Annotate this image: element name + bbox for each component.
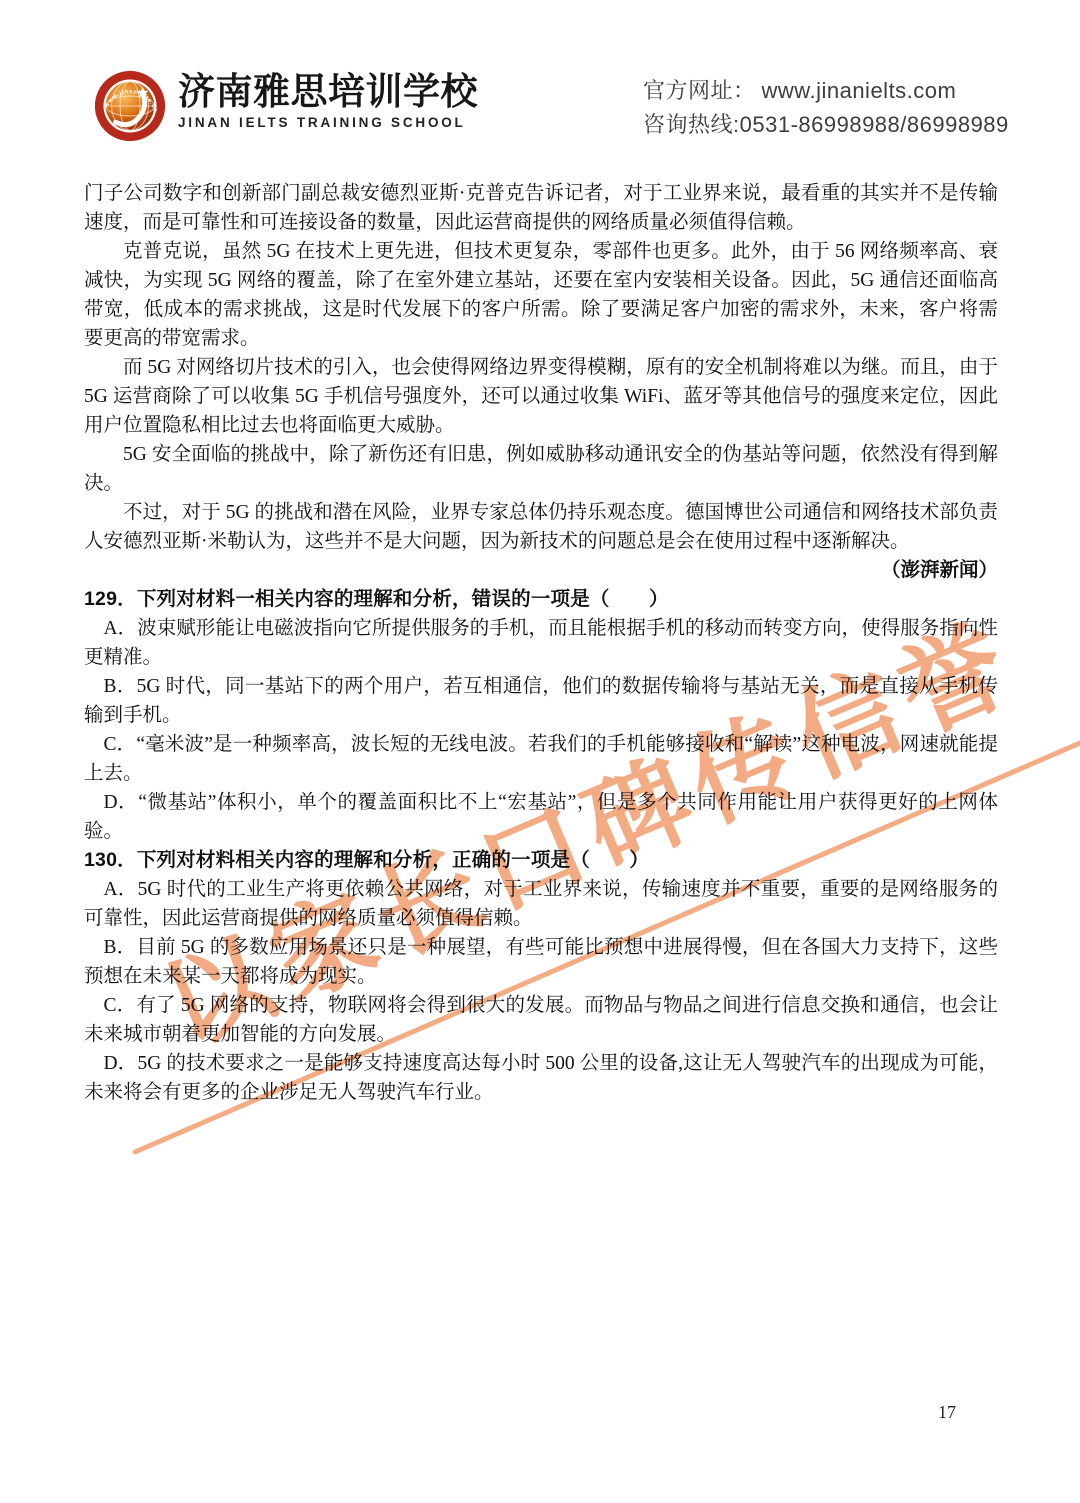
question-129-stem: 129．下列对材料一相关内容的理解和分析，错误的一项是（ ）: [84, 585, 998, 614]
question-129-option-b: B．5G 时代，同一基站下的两个用户，若互相通信，他们的数据传输将与基站无关，而…: [84, 672, 998, 730]
school-name-en: JINAN IELTS TRAINING SCHOOL: [178, 115, 478, 130]
article-paragraph: 而 5G 对网络切片技术的引入，也会使得网络边界变得模糊，原有的安全机制将难以为…: [84, 353, 998, 440]
article-paragraph: 克普克说，虽然 5G 在技术上更先进，但技术更复杂，零部件也更多。此外，由于 5…: [84, 237, 998, 353]
article-content: 门子公司数字和创新部门副总裁安德烈亚斯·克普克告诉记者，对于工业界来说，最看重的…: [84, 179, 998, 1107]
question-129-option-d: D．“微基站”体积小，单个的覆盖面积比不上“宏基站”，但是多个共同作用能让用户获…: [84, 788, 998, 846]
contact-website-label: 官方网址：: [643, 78, 756, 103]
contact-hotline-label: 咨询热线:: [643, 112, 740, 137]
article-paragraph: 门子公司数字和创新部门副总裁安德烈亚斯·克普克告诉记者，对于工业界来说，最看重的…: [84, 179, 998, 237]
contact-hotline-line: 咨询热线:0531-86998988/86998989: [643, 108, 1009, 142]
contact-hotline-value: 0531-86998988/86998989: [740, 112, 1009, 137]
contact-website-value: www.jinanielts.com: [762, 78, 957, 103]
question-130-stem: 130．下列对材料相关内容的理解和分析，正确的一项是（ ）: [84, 846, 998, 875]
page-number: 17: [938, 1402, 956, 1423]
contact-website-line: 官方网址：www.jinanielts.com: [643, 74, 1009, 108]
page-header: www.jinanielts.com 济南雅思培训学校 JINAN IELTS …: [0, 0, 1080, 170]
school-logo-text: 济南雅思培训学校 JINAN IELTS TRAINING SCHOOL: [178, 70, 478, 130]
school-logo-seal-icon: www.jinanielts.com: [94, 70, 166, 142]
question-130-option-d: D．5G 的技术要求之一是能够支持速度高达每小时 500 公里的设备,这让无人驾…: [84, 1049, 998, 1107]
question-130: 130．下列对材料相关内容的理解和分析，正确的一项是（ ） A．5G 时代的工业…: [84, 846, 998, 1107]
article-paragraph: 5G 安全面临的挑战中，除了新伤还有旧患，例如威胁移动通讯安全的伪基站等问题，依…: [84, 440, 998, 498]
contact-info: 官方网址：www.jinanielts.com 咨询热线:0531-869989…: [643, 74, 1009, 142]
article-paragraph: 不过，对于 5G 的挑战和潜在风险，业界专家总体仍持乐观态度。德国博世公司通信和…: [84, 498, 998, 556]
school-name-cn: 济南雅思培训学校: [178, 72, 478, 112]
source-attribution: （澎湃新闻）: [84, 556, 998, 585]
question-130-option-b: B．目前 5G 的多数应用场景还只是一种展望，有些可能比预想中进展得慢，但在各国…: [84, 933, 998, 991]
question-129: 129．下列对材料一相关内容的理解和分析，错误的一项是（ ） A．波束赋形能让电…: [84, 585, 998, 846]
question-130-option-a: A．5G 时代的工业生产将更依赖公共网络，对于工业界来说，传输速度并不重要，重要…: [84, 875, 998, 933]
question-130-option-c: C．有了 5G 网络的支持，物联网将会得到很大的发展。而物品与物品之间进行信息交…: [84, 991, 998, 1049]
question-129-option-c: C．“毫米波”是一种频率高，波长短的无线电波。若我们的手机能够接收和“解读”这种…: [84, 730, 998, 788]
school-logo: www.jinanielts.com 济南雅思培训学校 JINAN IELTS …: [94, 70, 478, 142]
document-page: 以家长口碑传信誉: [0, 0, 1080, 1503]
question-129-option-a: A．波束赋形能让电磁波指向它所提供服务的手机，而且能根据手机的移动而转变方向，使…: [84, 614, 998, 672]
